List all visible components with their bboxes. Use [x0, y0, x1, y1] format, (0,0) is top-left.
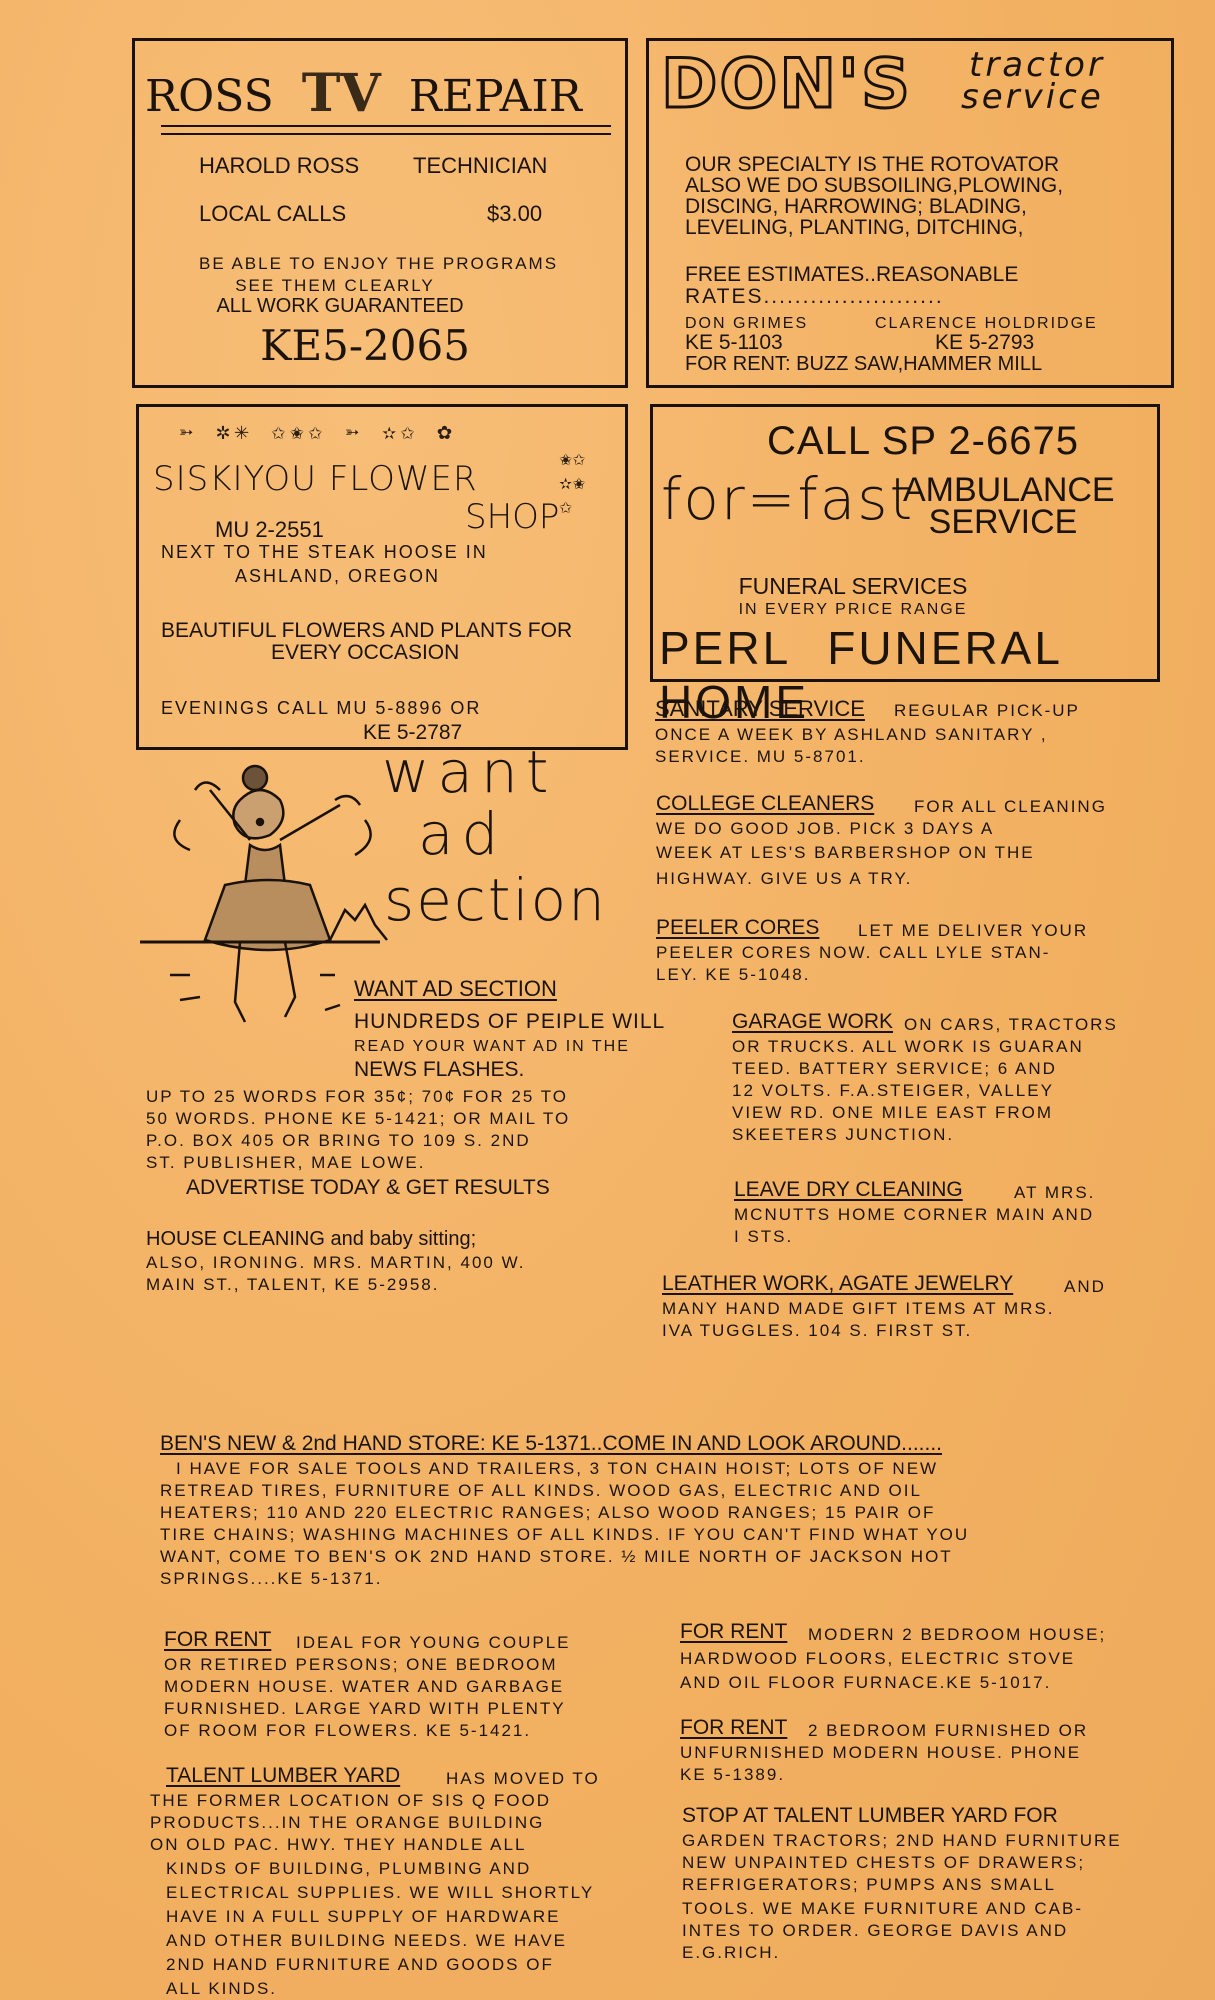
bens-store-line-1: I have for sale Tools and Trailers, 3 to… — [176, 1458, 938, 1480]
ross-title-underline-2 — [161, 133, 611, 135]
talent-lumber-2-line-2: Garden tractors; 2nd hand furniture — [682, 1830, 1122, 1852]
sanitary-heading: SANITARY SERVICE — [655, 696, 865, 722]
talent-lumber-1-line-5: kinds of building, plumbing and — [166, 1858, 531, 1880]
dons-contact-1-phone: KE 5-1103 — [685, 331, 783, 355]
for-rent-2-heading: FOR RENT — [680, 1620, 787, 1644]
want-ad-rates-3: P.O. Box 405 or bring to 109 S. 2nd — [146, 1130, 531, 1152]
garage-work-heading: GARAGE WORK — [732, 1010, 893, 1034]
bens-store-line-6: Springs....Ke 5-1371. — [160, 1568, 382, 1590]
talent-lumber-1-line-2: the former location of SIS Q FOOD — [150, 1790, 551, 1812]
perl-funeral-1: FUNERAL SERVICES — [653, 573, 1053, 600]
flower-address-1: Next to the Steak hoose in — [161, 541, 488, 563]
for-rent-2-line-2: hardwood floors, electric stove — [680, 1648, 1075, 1670]
want-ad-header-3: section — [384, 866, 607, 934]
talent-lumber-2-line-4: refrigerators; pumps ans small — [682, 1874, 1056, 1896]
want-ad-rates-2: 50 words. Phone KE 5-1421; or mail to — [146, 1108, 570, 1130]
ross-guarantee: ALL WORK GUARANTEED — [135, 295, 545, 318]
talent-lumber-1-line-9: 2nd Hand furniture and goods of — [166, 1954, 554, 1976]
want-ad-intro-3: NEWS FLASHES. — [354, 1058, 524, 1082]
college-cleaners-line-4: highway. Give us a try. — [656, 868, 912, 890]
college-cleaners-line-3: week at Les's Barbershop on the — [656, 842, 1035, 864]
perl-call: CALL SP 2-6675 — [713, 419, 1133, 464]
dry-cleaning-line-3: I Sts. — [734, 1226, 793, 1248]
want-ad-heading: WANT AD SECTION — [354, 976, 557, 1002]
house-cleaning-3: Main St., Talent, KE 5-2958. — [146, 1274, 439, 1296]
talent-lumber-1-line-8: and other building needs. We have — [166, 1930, 567, 1952]
talent-lumber-2-line-6: intes to order. George Davis and — [682, 1920, 1068, 1942]
flower-title-2: SHOP — [465, 497, 559, 537]
house-cleaning-1: HOUSE CLEANING and baby sitting; — [146, 1228, 476, 1251]
talent-lumber-1-line-4: ON Old Pac. Hwy. They handle all — [150, 1834, 526, 1856]
garage-work-line-4: 12 volts. F.A.Steiger, Valley — [732, 1080, 1054, 1102]
talent-lumber-1-line-1: has moved to — [446, 1768, 600, 1790]
dons-services-1: ALSO WE DO SUBSOILING,PLOWING, — [685, 175, 1063, 197]
want-ad-header-2: ad — [418, 800, 506, 868]
talent-lumber-1-line-10: all kinds. — [166, 1978, 277, 2000]
garage-work-line-1: on cars, tractors — [904, 1014, 1118, 1036]
college-cleaners-line-1: For all cleaning — [914, 796, 1107, 818]
dry-cleaning-heading: LEAVE DRY CLEANING — [734, 1178, 963, 1202]
want-ad-rates-1: Up To 25 words for 35¢; 70¢ for 25 to — [146, 1086, 568, 1108]
want-ad-header-1: want — [382, 738, 556, 806]
flower-title-1: SISKIYOU FLOWER — [153, 459, 478, 499]
perl-ambulance-2: SERVICE — [903, 503, 1103, 542]
leather-work-line-2: many hand made gift items at Mrs. — [662, 1298, 1055, 1320]
bens-store-line-3: heaters; 110 and 220 electric ranges; al… — [160, 1502, 935, 1524]
talent-lumber-1-line-3: PRODUCTS...In the ORANGE BUILDING — [150, 1812, 544, 1834]
house-cleaning-2: also, Ironing. Mrs. Martin, 400 W. — [146, 1252, 525, 1274]
peeler-cores-heading: PEELER CORES — [656, 916, 819, 940]
perl-funeral-ad: CALL SP 2-6675 for=fast AMBULANCE SERVIC… — [650, 404, 1160, 682]
flower-phone: MU 2-2551 — [215, 517, 324, 543]
for-rent-1-line-4: furnished. Large yard with plenty — [164, 1698, 566, 1720]
peeler-cores-line-2: peeler cores now. Call Lyle Stan- — [656, 942, 1050, 964]
ross-phone: KE5-2065 — [135, 321, 595, 370]
leather-work-line-1: and — [1064, 1276, 1106, 1298]
ross-tv-repair-ad: ROSS TV REPAIR HAROLD ROSS TECHNICIAN LO… — [132, 38, 628, 388]
dons-estimates-1: FREE ESTIMATES..REASONABLE — [685, 263, 1018, 287]
ross-see-line: See them clearly — [135, 275, 535, 297]
for-rent-3-line-1: 2 bedroom furnished or — [808, 1720, 1088, 1742]
flower-tagline-1: BEAUTIFUL FLOWERS AND PLANTS FOR — [161, 619, 572, 643]
ross-local-calls: LOCAL CALLS — [199, 201, 346, 227]
flower-evenings-1: Evenings call MU 5-8896 or — [161, 697, 481, 719]
for-rent-1-line-3: modern house. Water and garbage — [164, 1676, 564, 1698]
dons-subtitle-2: service — [961, 77, 1104, 117]
ross-price: $3.00 — [487, 201, 542, 227]
garage-work-line-2: or trucks. All Work is Guaran — [732, 1036, 1084, 1058]
for-rent-1-line-2: or retired persons; one bedroom — [164, 1654, 558, 1676]
for-rent-3-line-3: KE 5-1389. — [680, 1764, 785, 1786]
bens-store-line-4: tire chains; washing machines of all kin… — [160, 1524, 969, 1546]
ross-title-right: REPAIR — [409, 71, 582, 122]
ross-title-left: ROSS — [145, 71, 274, 122]
ross-title-tv: TV — [302, 63, 381, 124]
dry-cleaning-line-1: at Mrs. — [1014, 1182, 1095, 1204]
want-ad-rates-4: St. Publisher, Mae Lowe. — [146, 1152, 425, 1174]
dons-services-3: LEVELING, PLANTING, DITCHING, — [685, 217, 1023, 239]
peeler-cores-line-3: ley. KE 5-1048. — [656, 964, 810, 986]
ross-title-underline — [161, 125, 611, 127]
for-rent-1-line-5: of room for flowers. KE 5-1421. — [164, 1720, 531, 1742]
sanitary-line-2: once a week by Ashland Sanitary , — [655, 724, 1048, 746]
leather-work-heading: LEATHER WORK, AGATE JEWELRY — [662, 1272, 1013, 1296]
for-rent-2-line-3: and oil floor furnace.KE 5-1017. — [680, 1672, 1051, 1694]
want-ad-intro-2: read your want ad in the — [354, 1036, 630, 1058]
talent-lumber-1-line-6: electrical supplies. We will shortly — [166, 1882, 594, 1904]
for-rent-3-heading: FOR RENT — [680, 1716, 787, 1740]
dons-services-2: DISCING, HARROWING; BLADING, — [685, 196, 1027, 218]
talent-lumber-heading: TALENT LUMBER YARD — [166, 1764, 400, 1788]
want-ad-intro-1: HUNDREDS OF PEIPLE WILL — [354, 1010, 665, 1034]
flower-stars-icon: ✬✩✫✬✩ — [559, 447, 619, 527]
bens-store-line-5: want, come to BEN'S OK 2nd HAND STORE. ½… — [160, 1546, 953, 1568]
ross-enjoy-line: Be able to enjoy the programs — [199, 253, 558, 275]
talent-lumber-2-line-3: new unpainted chests of drawers; — [682, 1852, 1085, 1874]
want-ad-advertise: ADVERTISE TODAY & GET RESULTS — [186, 1176, 550, 1200]
skater-illustration-icon — [140, 760, 390, 1050]
college-cleaners-heading: COLLEGE CLEANERS — [656, 792, 874, 816]
talent-lumber-2-line-1: STOP AT TALENT LUMBER YARD FOR — [682, 1804, 1058, 1828]
dons-tractor-ad: DON'S tractor service OUR SPECIALTY IS T… — [646, 38, 1174, 388]
talent-lumber-2-line-7: E.G.Rich. — [682, 1942, 780, 1964]
siskiyou-flower-ad: ➳ ✲✳ ✩✬✩ ➳ ✫✩ ✿ ✬✩✫✬✩ SISKIYOU FLOWER SH… — [136, 404, 628, 750]
ross-tv-title: ROSS TV REPAIR — [145, 69, 615, 122]
college-cleaners-line-2: We do good job. Pick 3 days a — [656, 818, 994, 840]
sanitary-line-3: Service. MU 5-8701. — [655, 746, 866, 768]
talent-lumber-2-line-5: tools. We make furniture and cab- — [682, 1898, 1083, 1920]
leather-work-line-3: Iva Tuggles. 104 S. First St. — [662, 1320, 972, 1342]
peeler-cores-line-1: Let me deliver your — [858, 920, 1088, 942]
talent-lumber-1-line-7: have in a full supply of hardware — [166, 1906, 560, 1928]
sanitary-line-1: Regular pick-up — [894, 700, 1080, 722]
dons-estimates-2: RATES....................... — [685, 285, 944, 309]
dons-for-rent: FOR RENT: BUZZ SAW,HAMMER MILL — [685, 353, 1042, 376]
flower-address-2: Ashland, Oregon — [235, 565, 440, 587]
for-rent-3-line-2: unfurnished modern house. Phone — [680, 1742, 1081, 1764]
bens-store-line-2: retread tires, furniture of all kinds. W… — [160, 1480, 922, 1502]
bens-store-heading: BEN'S NEW & 2nd HAND STORE: KE 5-1371..C… — [160, 1432, 942, 1456]
garage-work-line-6: SKEETERS Junction. — [732, 1124, 954, 1146]
for-rent-2-line-1: Modern 2 bedroom house; — [808, 1624, 1106, 1646]
for-rent-1-heading: FOR RENT — [164, 1628, 271, 1652]
flower-garland-icon: ➳ ✲✳ ✩✬✩ ➳ ✫✩ ✿ — [179, 417, 619, 457]
perl-fast: for=fast — [661, 465, 914, 533]
garage-work-line-3: teed. Battery Service; 6 and — [732, 1058, 1057, 1080]
dons-title: DON'S — [661, 45, 912, 124]
ross-role: TECHNICIAN — [413, 153, 547, 179]
garage-work-line-5: View Rd. One mile east from — [732, 1102, 1053, 1124]
for-rent-1-line-1: Ideal for young couple — [296, 1632, 571, 1654]
perl-funeral-2: In every price range — [653, 599, 1053, 621]
dry-cleaning-line-2: McNutts home corner Main and — [734, 1204, 1094, 1226]
flower-tagline-2: EVERY OCCASION — [271, 641, 459, 665]
ross-owner: HAROLD ROSS — [199, 153, 359, 179]
dons-contact-2-phone: KE 5-2793 — [935, 331, 1034, 355]
